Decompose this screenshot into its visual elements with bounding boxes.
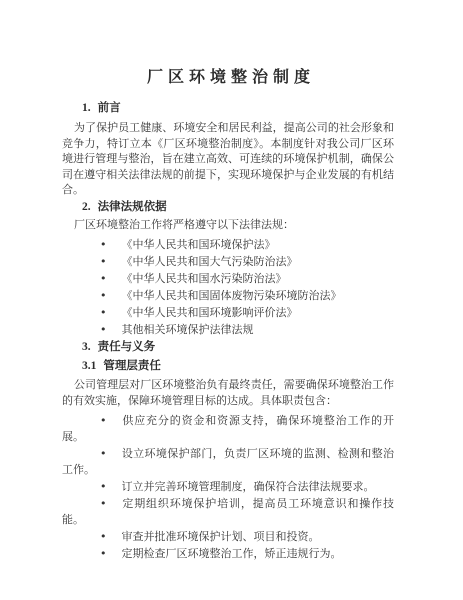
duty-list: •供应充分的资金和资源支持，确保环境整治工作的开展。 •设立环境保护部门，负责厂…: [62, 413, 394, 562]
law-list-item-text: 《中华人民共和国水污染防治法》: [122, 273, 287, 285]
laws-intro-paragraph: 厂区环境整治工作将严格遵守以下法律法规：: [62, 218, 394, 234]
law-list-item: •《中华人民共和国固体废物污染环境防治法》: [62, 288, 394, 304]
section-heading-text: 管理层责任: [103, 360, 161, 372]
bullet-icon: •: [100, 237, 107, 253]
duty-list-item: •定期检查厂区环境整治工作，矫正违规行为。: [62, 546, 394, 562]
law-list-item: •《中华人民共和国大气污染防治法》: [62, 254, 394, 270]
bullet-icon: •: [100, 413, 107, 429]
law-list-item: •《中华人民共和国水污染防治法》: [62, 271, 394, 287]
duty-list-item-text: 审查并批准环境保护计划、项目和投资。: [122, 531, 320, 543]
bullet-icon: •: [100, 546, 107, 562]
bullet-icon: •: [100, 496, 107, 512]
law-list-item-text: 《中华人民共和国固体废物污染环境防治法》: [122, 290, 342, 302]
bullet-icon: •: [100, 529, 107, 545]
document-title: 厂区环境整治制度: [68, 0, 394, 88]
law-list-item-text: 《中华人民共和国大气污染防治法》: [122, 256, 298, 268]
bullet-icon: •: [100, 305, 107, 321]
law-list-item-text: 其他相关环境保护法律法规: [122, 324, 254, 336]
duty-list-item-text: 设立环境保护部门，负责厂区环境的监测、检测和整治工作。: [62, 448, 394, 476]
law-list-item-text: 《中华人民共和国环境保护法》: [122, 239, 276, 251]
bullet-icon: •: [100, 322, 107, 338]
bullet-icon: •: [100, 479, 107, 495]
duty-list-item: •设立环境保护部门，负责厂区环境的监测、检测和整治工作。: [62, 446, 394, 478]
preface-paragraph: 为了保护员工健康、环境安全和居民利益，提高公司的社会形象和竞争力，特订立本《厂区…: [62, 121, 394, 199]
duty-list-item-text: 供应充分的资金和资源支持，确保环境整治工作的开展。: [62, 415, 394, 443]
section-heading-text: 法律法规依据: [98, 201, 167, 213]
section-heading-text: 责任与义务: [98, 341, 156, 353]
section-heading-text: 前言: [98, 102, 121, 114]
law-list-item: •《中华人民共和国环境保护法》: [62, 237, 394, 253]
duty-list-item: •订立并完善环境管理制度，确保符合法律法规要求。: [62, 479, 394, 495]
law-list-item-text: 《中华人民共和国环境影响评价法》: [122, 307, 298, 319]
duty-list-item: •定期组织环境保护培训，提高员工环境意识和操作技能。: [62, 496, 394, 528]
duty-list-item-text: 定期检查厂区环境整治工作，矫正违规行为。: [122, 548, 342, 560]
section-heading-laws: 2.法律法规依据: [62, 200, 394, 214]
management-paragraph: 公司管理层对厂区环境整治负有最终责任，需要确保环境整治工作的有效实施，保障环境管…: [62, 378, 394, 409]
section-number: 2.: [82, 200, 91, 214]
law-list-item: •《中华人民共和国环境影响评价法》: [62, 305, 394, 321]
document-page: 厂区环境整治制度 1.前言 为了保护员工健康、环境安全和居民利益，提高公司的社会…: [0, 0, 463, 600]
section-number: 3.1: [82, 359, 96, 373]
document-content: 厂区环境整治制度 1.前言 为了保护员工健康、环境安全和居民利益，提高公司的社会…: [62, 0, 394, 563]
bullet-icon: •: [100, 288, 107, 304]
section-heading-responsibility: 3.责任与义务: [62, 340, 394, 354]
duty-list-item: •供应充分的资金和资源支持，确保环境整治工作的开展。: [62, 413, 394, 445]
subsection-heading-management: 3.1管理层责任: [62, 359, 394, 373]
law-list-item: •其他相关环境保护法律法规: [62, 322, 394, 338]
law-list: •《中华人民共和国环境保护法》 •《中华人民共和国大气污染防治法》 •《中华人民…: [62, 237, 394, 338]
section-number: 3.: [82, 340, 91, 354]
duty-list-item: •审查并批准环境保护计划、项目和投资。: [62, 529, 394, 545]
bullet-icon: •: [100, 271, 107, 287]
duty-list-item-text: 订立并完善环境管理制度，确保符合法律法规要求。: [122, 481, 375, 493]
bullet-icon: •: [100, 254, 107, 270]
section-heading-preface: 1.前言: [62, 101, 394, 115]
duty-list-item-text: 定期组织环境保护培训，提高员工环境意识和操作技能。: [62, 498, 394, 526]
section-number: 1.: [82, 101, 91, 115]
bullet-icon: •: [100, 446, 107, 462]
